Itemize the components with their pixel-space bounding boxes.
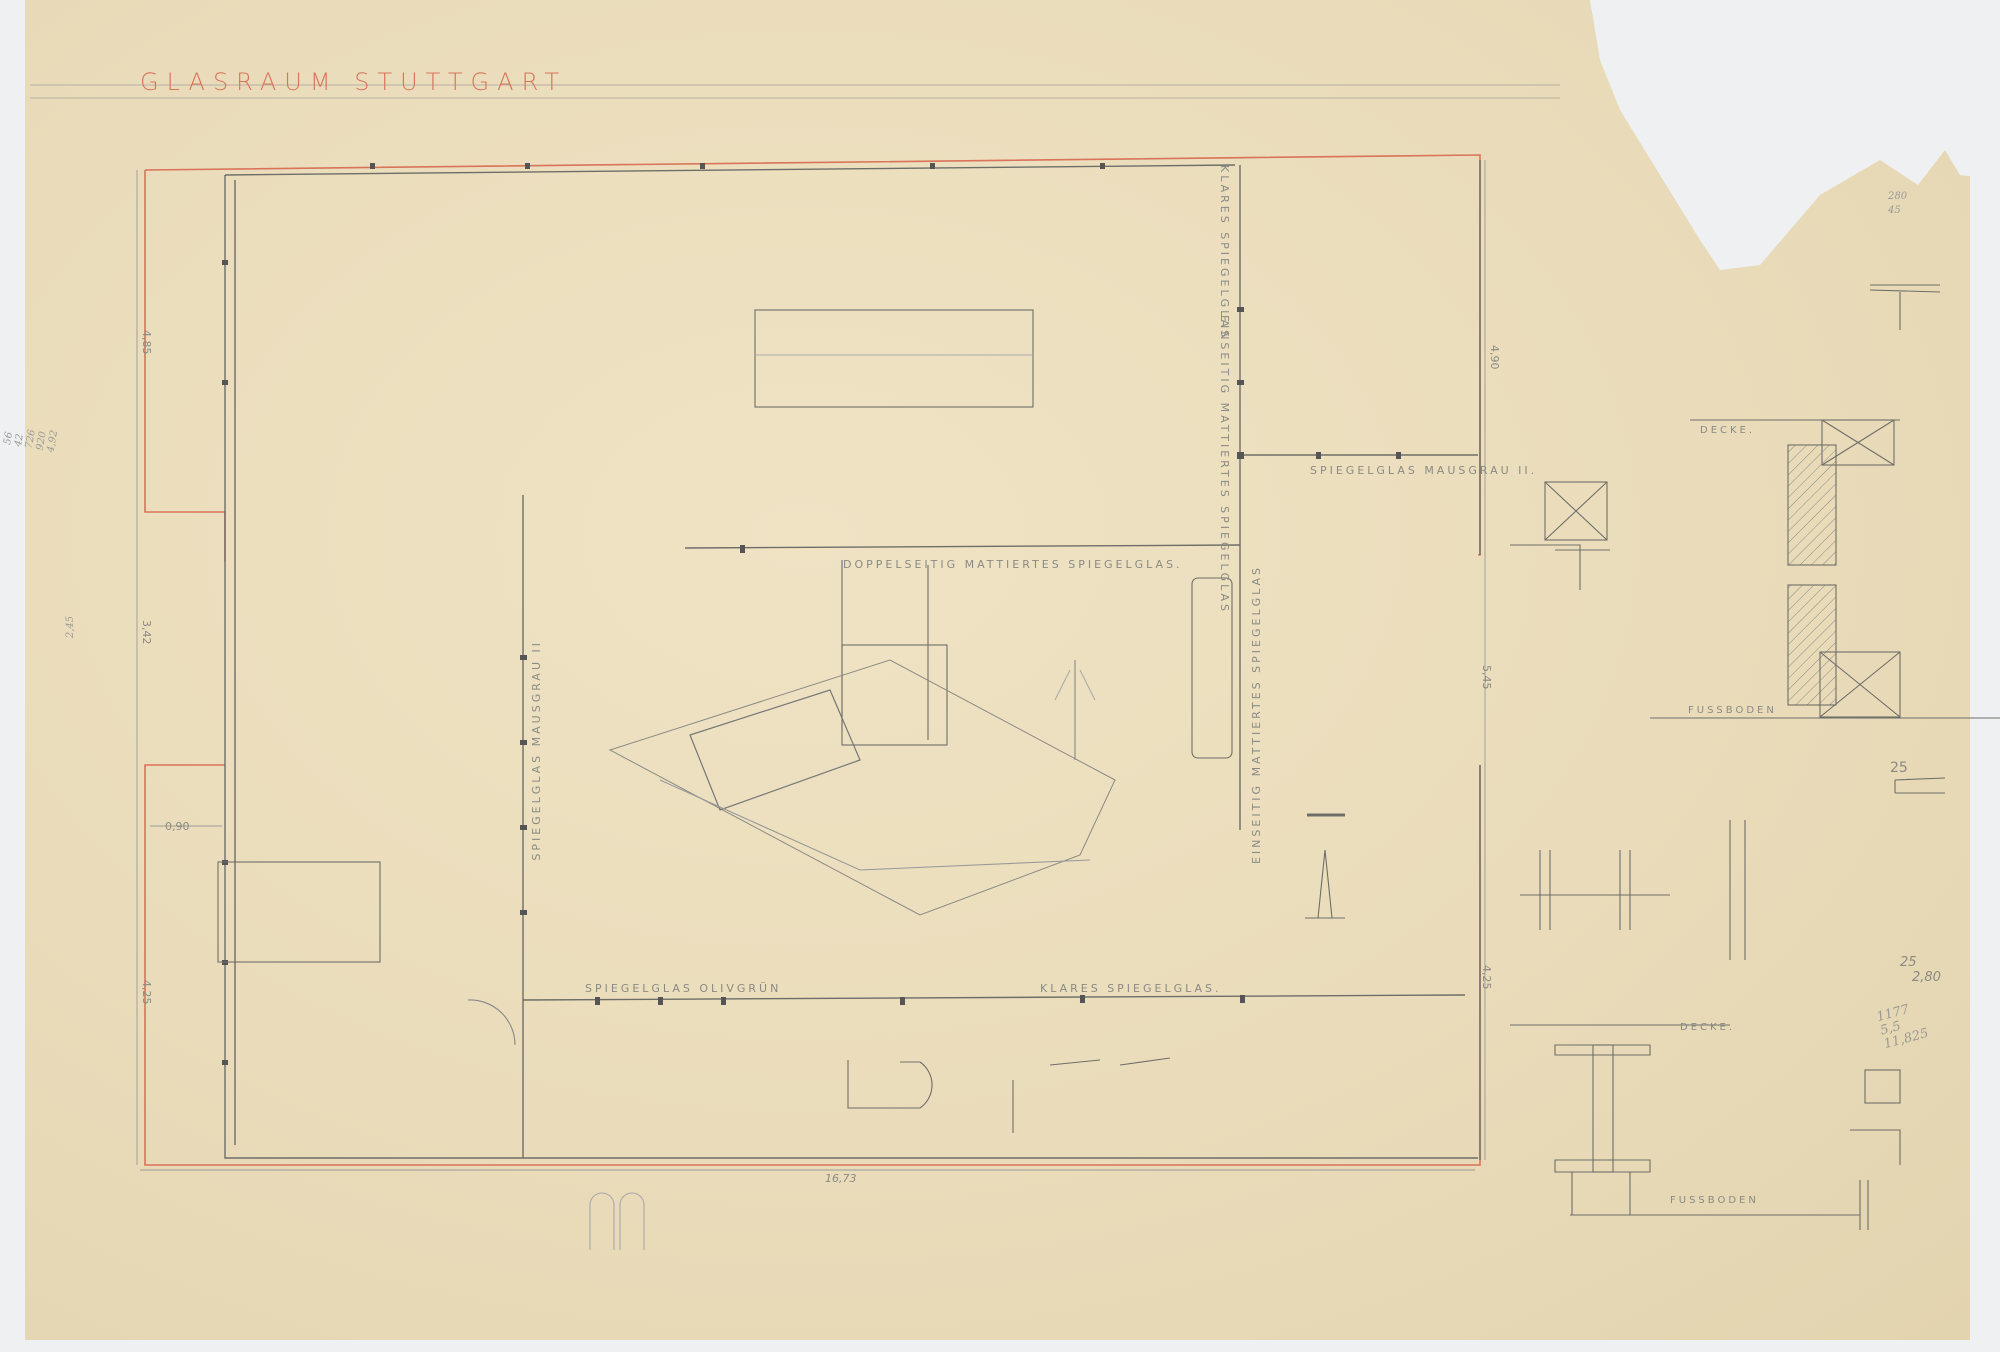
label-bottom-left: SPIEGELGLAS OLIVGRÜN — [585, 982, 781, 995]
label-top-partition: DOPPELSEITIG MATTIERTES SPIEGELGLAS. — [843, 558, 1183, 571]
section-label-ceiling-lower: DECKE. — [1680, 1022, 1735, 1033]
dim-right-top: 4,90 — [1488, 345, 1501, 370]
label-right-lower-vertical: EINSEITIG MATTIERTES SPIEGELGLAS — [1250, 565, 1263, 864]
section-label-floor-upper: FUSSBODEN — [1688, 705, 1777, 716]
label-right-vertical-2: EINSEITIG MATTIERTES SPIEGELGLAS — [1218, 315, 1231, 614]
dim-right-middle: 5,45 — [1480, 665, 1493, 690]
drawing-sheet: GLASRAUM STUTTGART DOPPELSEITIG MATTIERT… — [0, 0, 2000, 1352]
dim-bottom-width: 16,73 — [825, 1172, 857, 1185]
dim-detail-25-top: 25 — [1890, 760, 1908, 776]
floor-plan-drawing — [0, 0, 2000, 1352]
dim-detail-25-bottom: 25 — [1900, 955, 1917, 970]
dimension-lines — [137, 160, 1485, 1170]
note-top-right: 280 45 — [1888, 190, 1907, 218]
section-label-floor-lower: FUSSBODEN — [1670, 1195, 1759, 1206]
label-left-vertical: SPIEGELGLAS MAUSGRAU II — [530, 640, 543, 861]
label-right-branch: SPIEGELGLAS MAUSGRAU II. — [1310, 464, 1537, 477]
dim-left-bottom: 4,25 — [140, 980, 153, 1005]
torn-corner — [1590, 0, 2000, 270]
dim-left-middle: 3,42 — [140, 620, 153, 645]
label-bottom-right: KLARES SPIEGELGLAS. — [1040, 982, 1222, 995]
dim-left-notch: 0,90 — [165, 820, 190, 833]
red-outline — [145, 155, 1480, 1165]
dim-left-top: 4,85 — [140, 330, 153, 355]
note-left-small: 2,45 — [64, 616, 78, 638]
label-right-vertical-1: KLARES SPIEGELGLAS — [1218, 165, 1231, 340]
dim-right-bottom: 4,25 — [1480, 965, 1493, 990]
section-label-ceiling-upper: DECKE. — [1700, 425, 1755, 436]
dim-detail-280: 2,80 — [1912, 970, 1941, 985]
furniture — [218, 310, 1345, 1250]
drawing-title: GLASRAUM STUTTGART — [140, 68, 567, 96]
